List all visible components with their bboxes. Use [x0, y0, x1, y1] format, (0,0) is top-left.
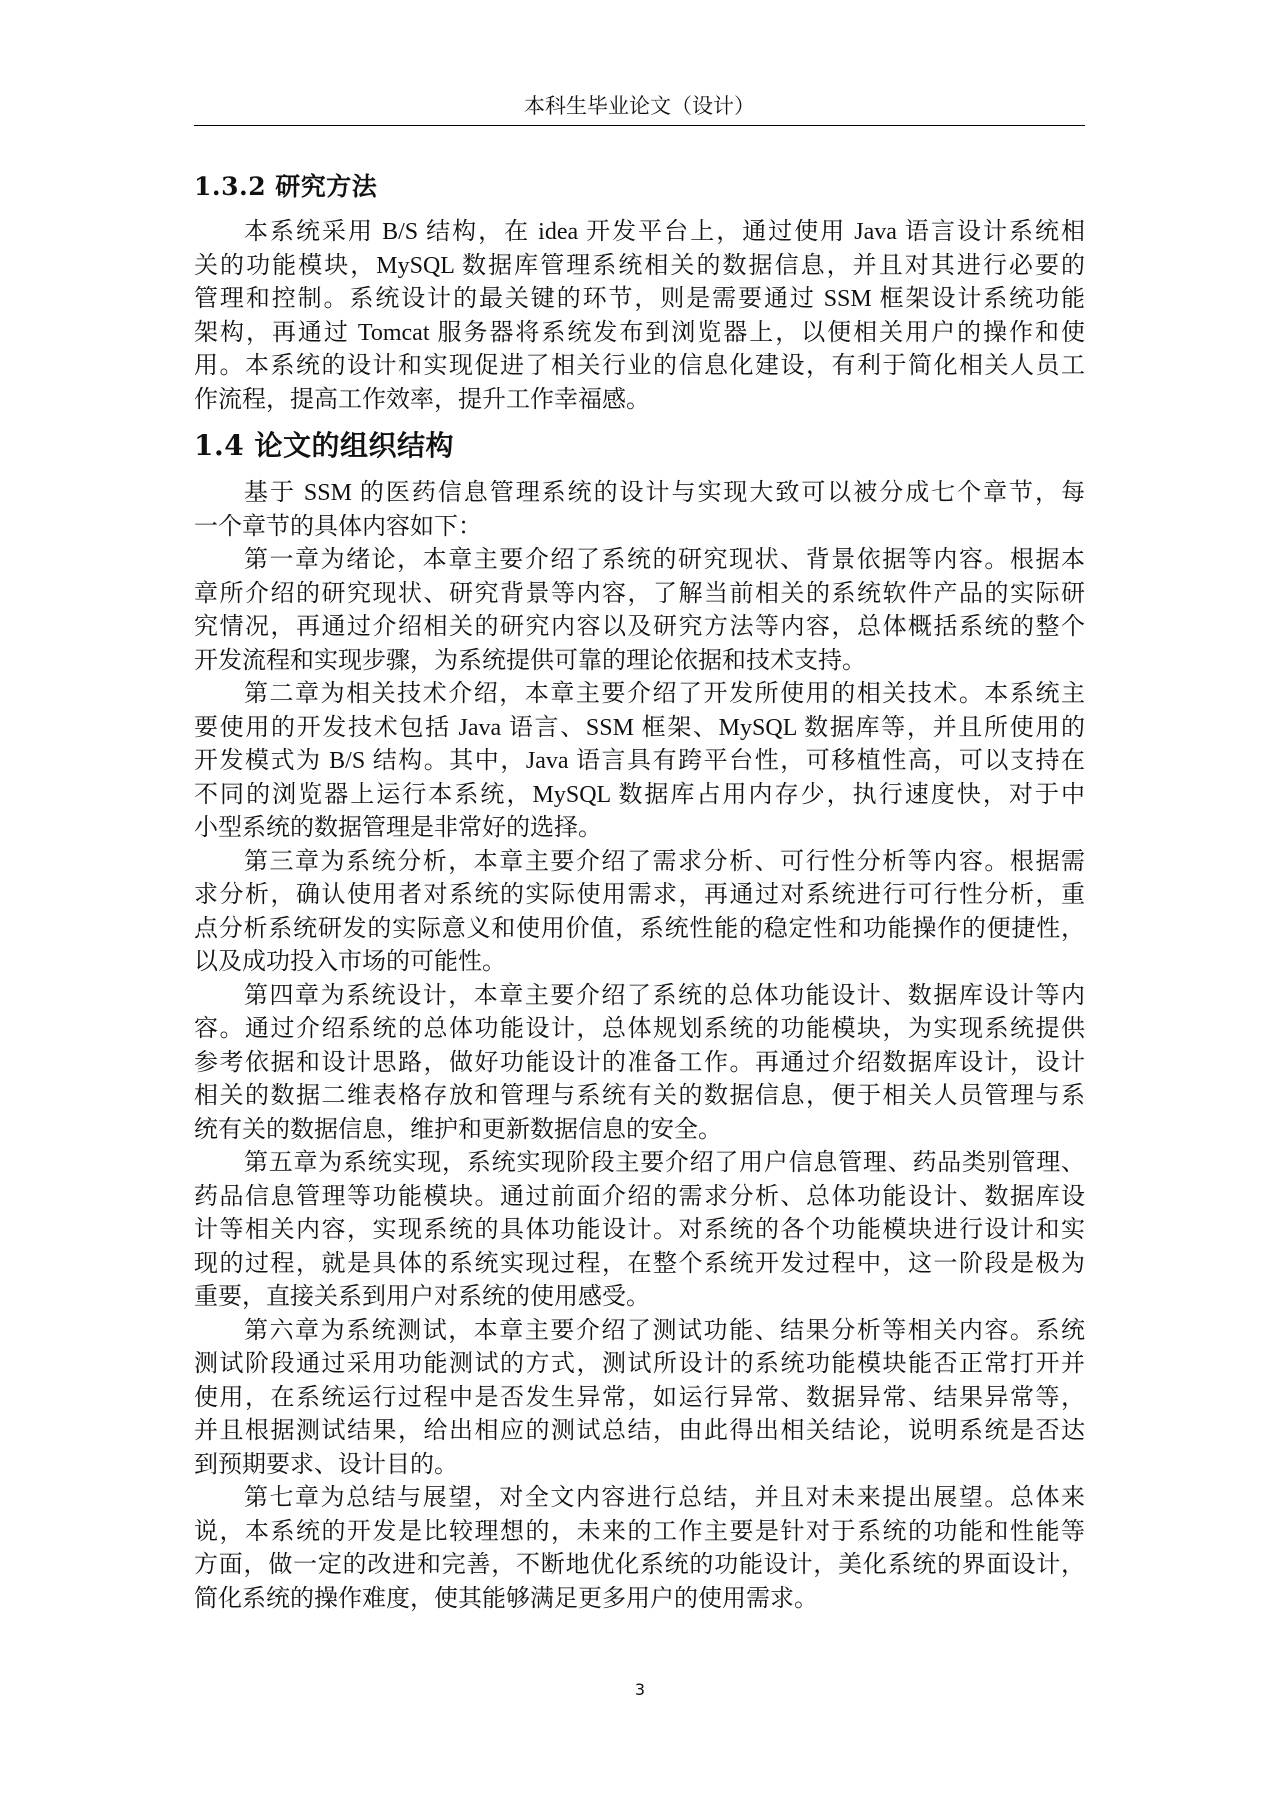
text-line: 第四章为系统设计，本章主要介绍了系统的总体功能设计、数据库设计等内: [194, 980, 1085, 1014]
paragraph-chapter-7: 第七章为总结与展望，对全文内容进行总结，并且对未来提出展望。总体来 说，本系统的…: [194, 1482, 1085, 1616]
text-line: 并且根据测试结果，给出相应的测试总结，由此得出相关结论，说明系统是否达: [194, 1415, 1085, 1449]
document-page: 本科生毕业论文（设计） 1.3.2 研究方法 本系统采用 B/S 结构，在 id…: [0, 0, 1280, 1811]
text-line: 第一章为绪论，本章主要介绍了系统的研究现状、背景依据等内容。根据本: [194, 544, 1085, 578]
paragraph-chapter-5: 第五章为系统实现，系统实现阶段主要介绍了用户信息管理、药品类别管理、 药品信息管…: [194, 1147, 1085, 1315]
text-line: 基于 SSM 的医药信息管理系统的设计与实现大致可以被分成七个章节，每: [194, 477, 1085, 511]
page-content: 1.3.2 研究方法 本系统采用 B/S 结构，在 idea 开发平台上，通过使…: [194, 168, 1085, 1616]
text-line: 开发流程和实现步骤，为系统提供可靠的理论依据和技术支持。: [194, 645, 1085, 679]
text-line: 小型系统的数据管理是非常好的选择。: [194, 812, 1085, 846]
text-line: 第二章为相关技术介绍，本章主要介绍了开发所使用的相关技术。本系统主: [194, 678, 1085, 712]
text-line: 药品信息管理等功能模块。通过前面介绍的需求分析、总体功能设计、数据库设: [194, 1181, 1085, 1215]
text-line: 作流程，提高工作效率，提升工作幸福感。: [194, 384, 1085, 418]
text-line: 统有关的数据信息，维护和更新数据信息的安全。: [194, 1114, 1085, 1148]
paragraph-chapter-3: 第三章为系统分析，本章主要介绍了需求分析、可行性分析等内容。根据需 求分析，确认…: [194, 846, 1085, 980]
text-line: 章所介绍的研究现状、研究背景等内容，了解当前相关的系统软件产品的实际研: [194, 578, 1085, 612]
paragraph-chapter-4: 第四章为系统设计，本章主要介绍了系统的总体功能设计、数据库设计等内 容。通过介绍…: [194, 980, 1085, 1148]
text-line: 现的过程，就是具体的系统实现过程，在整个系统开发过程中，这一阶段是极为: [194, 1248, 1085, 1282]
paragraph-intro: 基于 SSM 的医药信息管理系统的设计与实现大致可以被分成七个章节，每 一个章节…: [194, 477, 1085, 544]
paragraph-research-methods: 本系统采用 B/S 结构，在 idea 开发平台上，通过使用 Java 语言设计…: [194, 216, 1085, 417]
text-line: 到预期要求、设计目的。: [194, 1449, 1085, 1483]
text-line: 第五章为系统实现，系统实现阶段主要介绍了用户信息管理、药品类别管理、: [194, 1147, 1085, 1181]
text-line: 第三章为系统分析，本章主要介绍了需求分析、可行性分析等内容。根据需: [194, 846, 1085, 880]
text-line: 关的功能模块，MySQL 数据库管理系统相关的数据信息，并且对其进行必要的: [194, 250, 1085, 284]
text-line: 架构，再通过 Tomcat 服务器将系统发布到浏览器上，以便相关用户的操作和使: [194, 317, 1085, 351]
paragraph-chapter-6: 第六章为系统测试，本章主要介绍了测试功能、结果分析等相关内容。系统 测试阶段通过…: [194, 1315, 1085, 1483]
text-line: 方面，做一定的改进和完善，不断地优化系统的功能设计，美化系统的界面设计，: [194, 1549, 1085, 1583]
text-line: 要使用的开发技术包括 Java 语言、SSM 框架、MySQL 数据库等，并且所…: [194, 712, 1085, 746]
text-line: 说，本系统的开发是比较理想的，未来的工作主要是针对于系统的功能和性能等: [194, 1516, 1085, 1550]
paragraph-chapter-1: 第一章为绪论，本章主要介绍了系统的研究现状、背景依据等内容。根据本 章所介绍的研…: [194, 544, 1085, 678]
text-line: 不同的浏览器上运行本系统，MySQL 数据库占用内存少，执行速度快，对于中: [194, 779, 1085, 813]
section-heading-research-methods: 1.3.2 研究方法: [194, 168, 1085, 206]
header-rule: [194, 125, 1085, 126]
text-line: 求分析，确认使用者对系统的实际使用需求，再通过对系统进行可行性分析，重: [194, 879, 1085, 913]
text-line: 用。本系统的设计和实现促进了相关行业的信息化建设，有利于简化相关人员工: [194, 350, 1085, 384]
text-line: 测试阶段通过采用功能测试的方式，测试所设计的系统功能模块能否正常打开并: [194, 1348, 1085, 1382]
text-line: 本系统采用 B/S 结构，在 idea 开发平台上，通过使用 Java 语言设计…: [194, 216, 1085, 250]
text-line: 点分析系统研发的实际意义和使用价值，系统性能的稳定性和功能操作的便捷性，: [194, 913, 1085, 947]
text-line: 计等相关内容，实现系统的具体功能设计。对系统的各个功能模块进行设计和实: [194, 1214, 1085, 1248]
text-line: 容。通过介绍系统的总体功能设计，总体规划系统的功能模块，为实现系统提供: [194, 1013, 1085, 1047]
text-line: 第七章为总结与展望，对全文内容进行总结，并且对未来提出展望。总体来: [194, 1482, 1085, 1516]
text-line: 简化系统的操作难度，使其能够满足更多用户的使用需求。: [194, 1583, 1085, 1617]
page-number: 3: [0, 1680, 1280, 1699]
running-header: 本科生毕业论文（设计）: [194, 92, 1085, 120]
text-line: 开发模式为 B/S 结构。其中，Java 语言具有跨平台性，可移植性高，可以支持…: [194, 745, 1085, 779]
text-line: 以及成功投入市场的可能性。: [194, 946, 1085, 980]
text-line: 一个章节的具体内容如下：: [194, 511, 1085, 545]
text-line: 相关的数据二维表格存放和管理与系统有关的数据信息，便于相关人员管理与系: [194, 1080, 1085, 1114]
text-line: 重要，直接关系到用户对系统的使用感受。: [194, 1281, 1085, 1315]
text-line: 参考依据和设计思路，做好功能设计的准备工作。再通过介绍数据库设计，设计: [194, 1047, 1085, 1081]
text-line: 使用，在系统运行过程中是否发生异常，如运行异常、数据异常、结果异常等，: [194, 1382, 1085, 1416]
text-line: 管理和控制。系统设计的最关键的环节，则是需要通过 SSM 框架设计系统功能: [194, 283, 1085, 317]
text-line: 第六章为系统测试，本章主要介绍了测试功能、结果分析等相关内容。系统: [194, 1315, 1085, 1349]
section-heading-thesis-structure: 1.4 论文的组织结构: [194, 425, 1085, 467]
text-line: 究情况，再通过介绍相关的研究内容以及研究方法等内容，总体概括系统的整个: [194, 611, 1085, 645]
paragraph-chapter-2: 第二章为相关技术介绍，本章主要介绍了开发所使用的相关技术。本系统主 要使用的开发…: [194, 678, 1085, 846]
